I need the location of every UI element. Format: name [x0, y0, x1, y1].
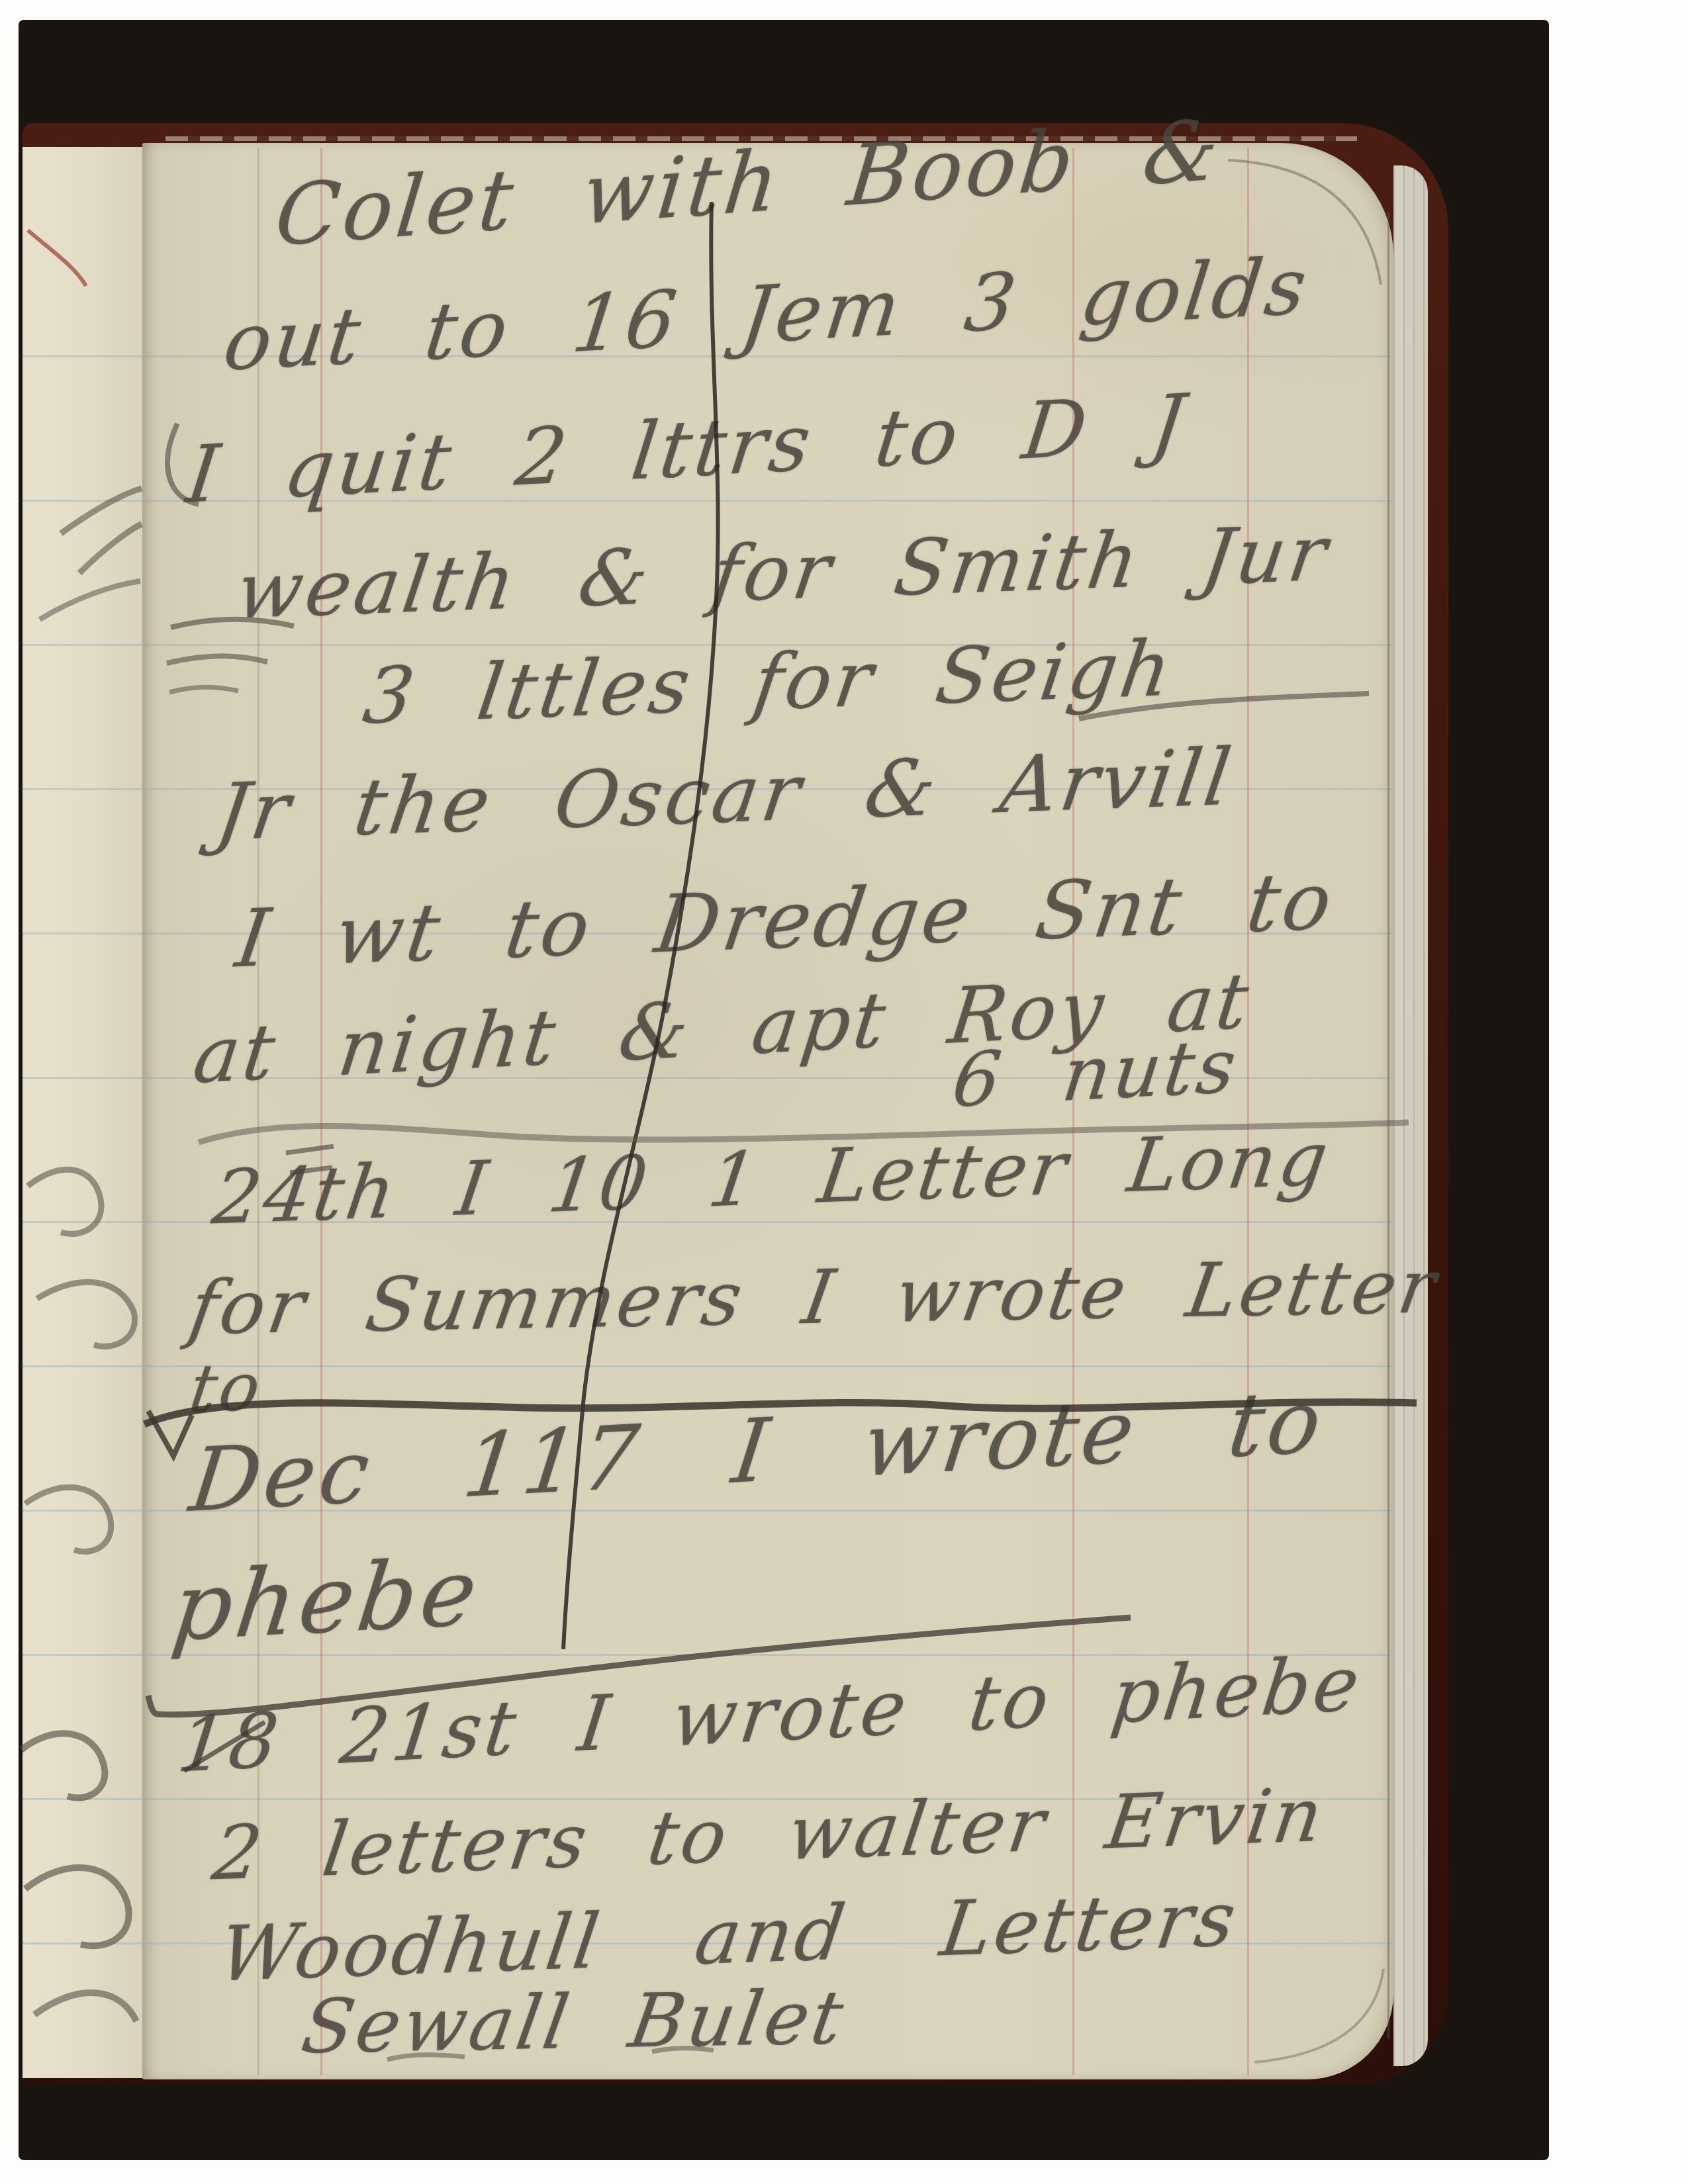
- handwriting-line: Sewall Bulet: [296, 1975, 851, 2071]
- handwriting-line: to: [185, 1347, 267, 1428]
- handwriting-line: 6 nuts: [948, 1023, 1243, 1124]
- scanned-notebook-page: Colet with Boob & out to 16 Jem 3 golds …: [0, 0, 1688, 2184]
- page-stack-edge: [1393, 165, 1428, 2066]
- page-edge-outline: [1387, 212, 1389, 2038]
- handwriting-line: phebe: [167, 1538, 487, 1663]
